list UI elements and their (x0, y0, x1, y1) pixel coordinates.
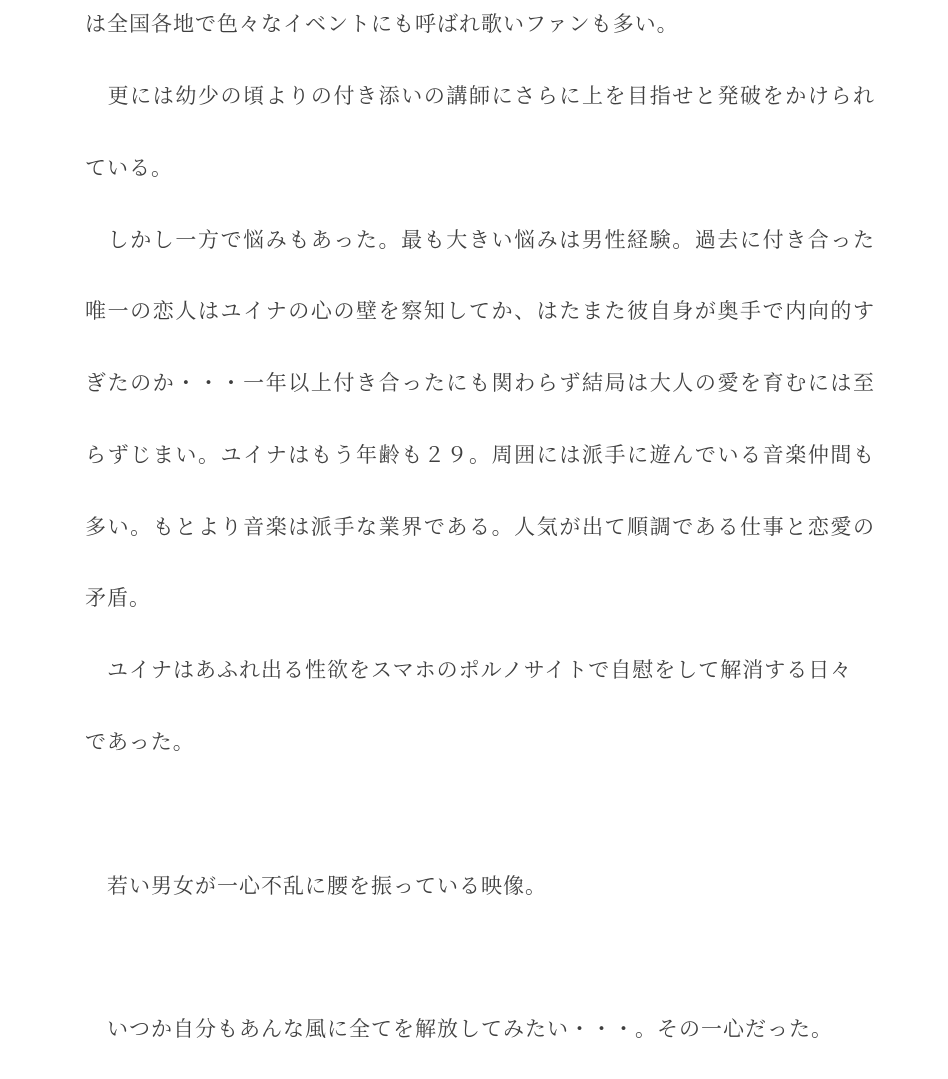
text-line: は全国各地で色々なイベントにも呼ばれ歌いファンも多い。 (85, 0, 875, 61)
text-line: 唯一の恋人はユイナの心の壁を察知してか、はたまた彼自身が奥手で内向的す (85, 276, 875, 348)
text-line: ている。 (85, 133, 875, 205)
text-line: 更には幼少の頃よりの付き添いの講師にさらに上を目指せと発破をかけられ (85, 61, 875, 133)
text-line: いつか自分もあんな風に全てを解放してみたい・・・。その一心だった。 (85, 994, 875, 1066)
text-line: らずじまい。ユイナはもう年齢も２９。周囲には派手に遊んでいる音楽仲間も (85, 420, 875, 492)
text-line: 若い男女が一心不乱に腰を振っている映像。 (85, 851, 875, 923)
document-page: は全国各地で色々なイベントにも呼ばれ歌いファンも多い。 更には幼少の頃よりの付き… (0, 0, 948, 1079)
text-line (85, 779, 875, 851)
document-text: は全国各地で色々なイベントにも呼ばれ歌いファンも多い。 更には幼少の頃よりの付き… (85, 0, 875, 1066)
text-line: しかし一方で悩みもあった。最も大きい悩みは男性経験。過去に付き合った (85, 205, 875, 277)
text-line: ぎたのか・・・一年以上付き合ったにも関わらず結局は大人の愛を育むには至 (85, 348, 875, 420)
text-line: 多い。もとより音楽は派手な業界である。人気が出て順調である仕事と恋愛の (85, 492, 875, 564)
text-line: ユイナはあふれ出る性欲をスマホのポルノサイトで自慰をして解消する日々 (85, 635, 875, 707)
text-line: であった。 (85, 707, 875, 779)
text-line: 矛盾。 (85, 563, 875, 635)
text-line (85, 922, 875, 994)
